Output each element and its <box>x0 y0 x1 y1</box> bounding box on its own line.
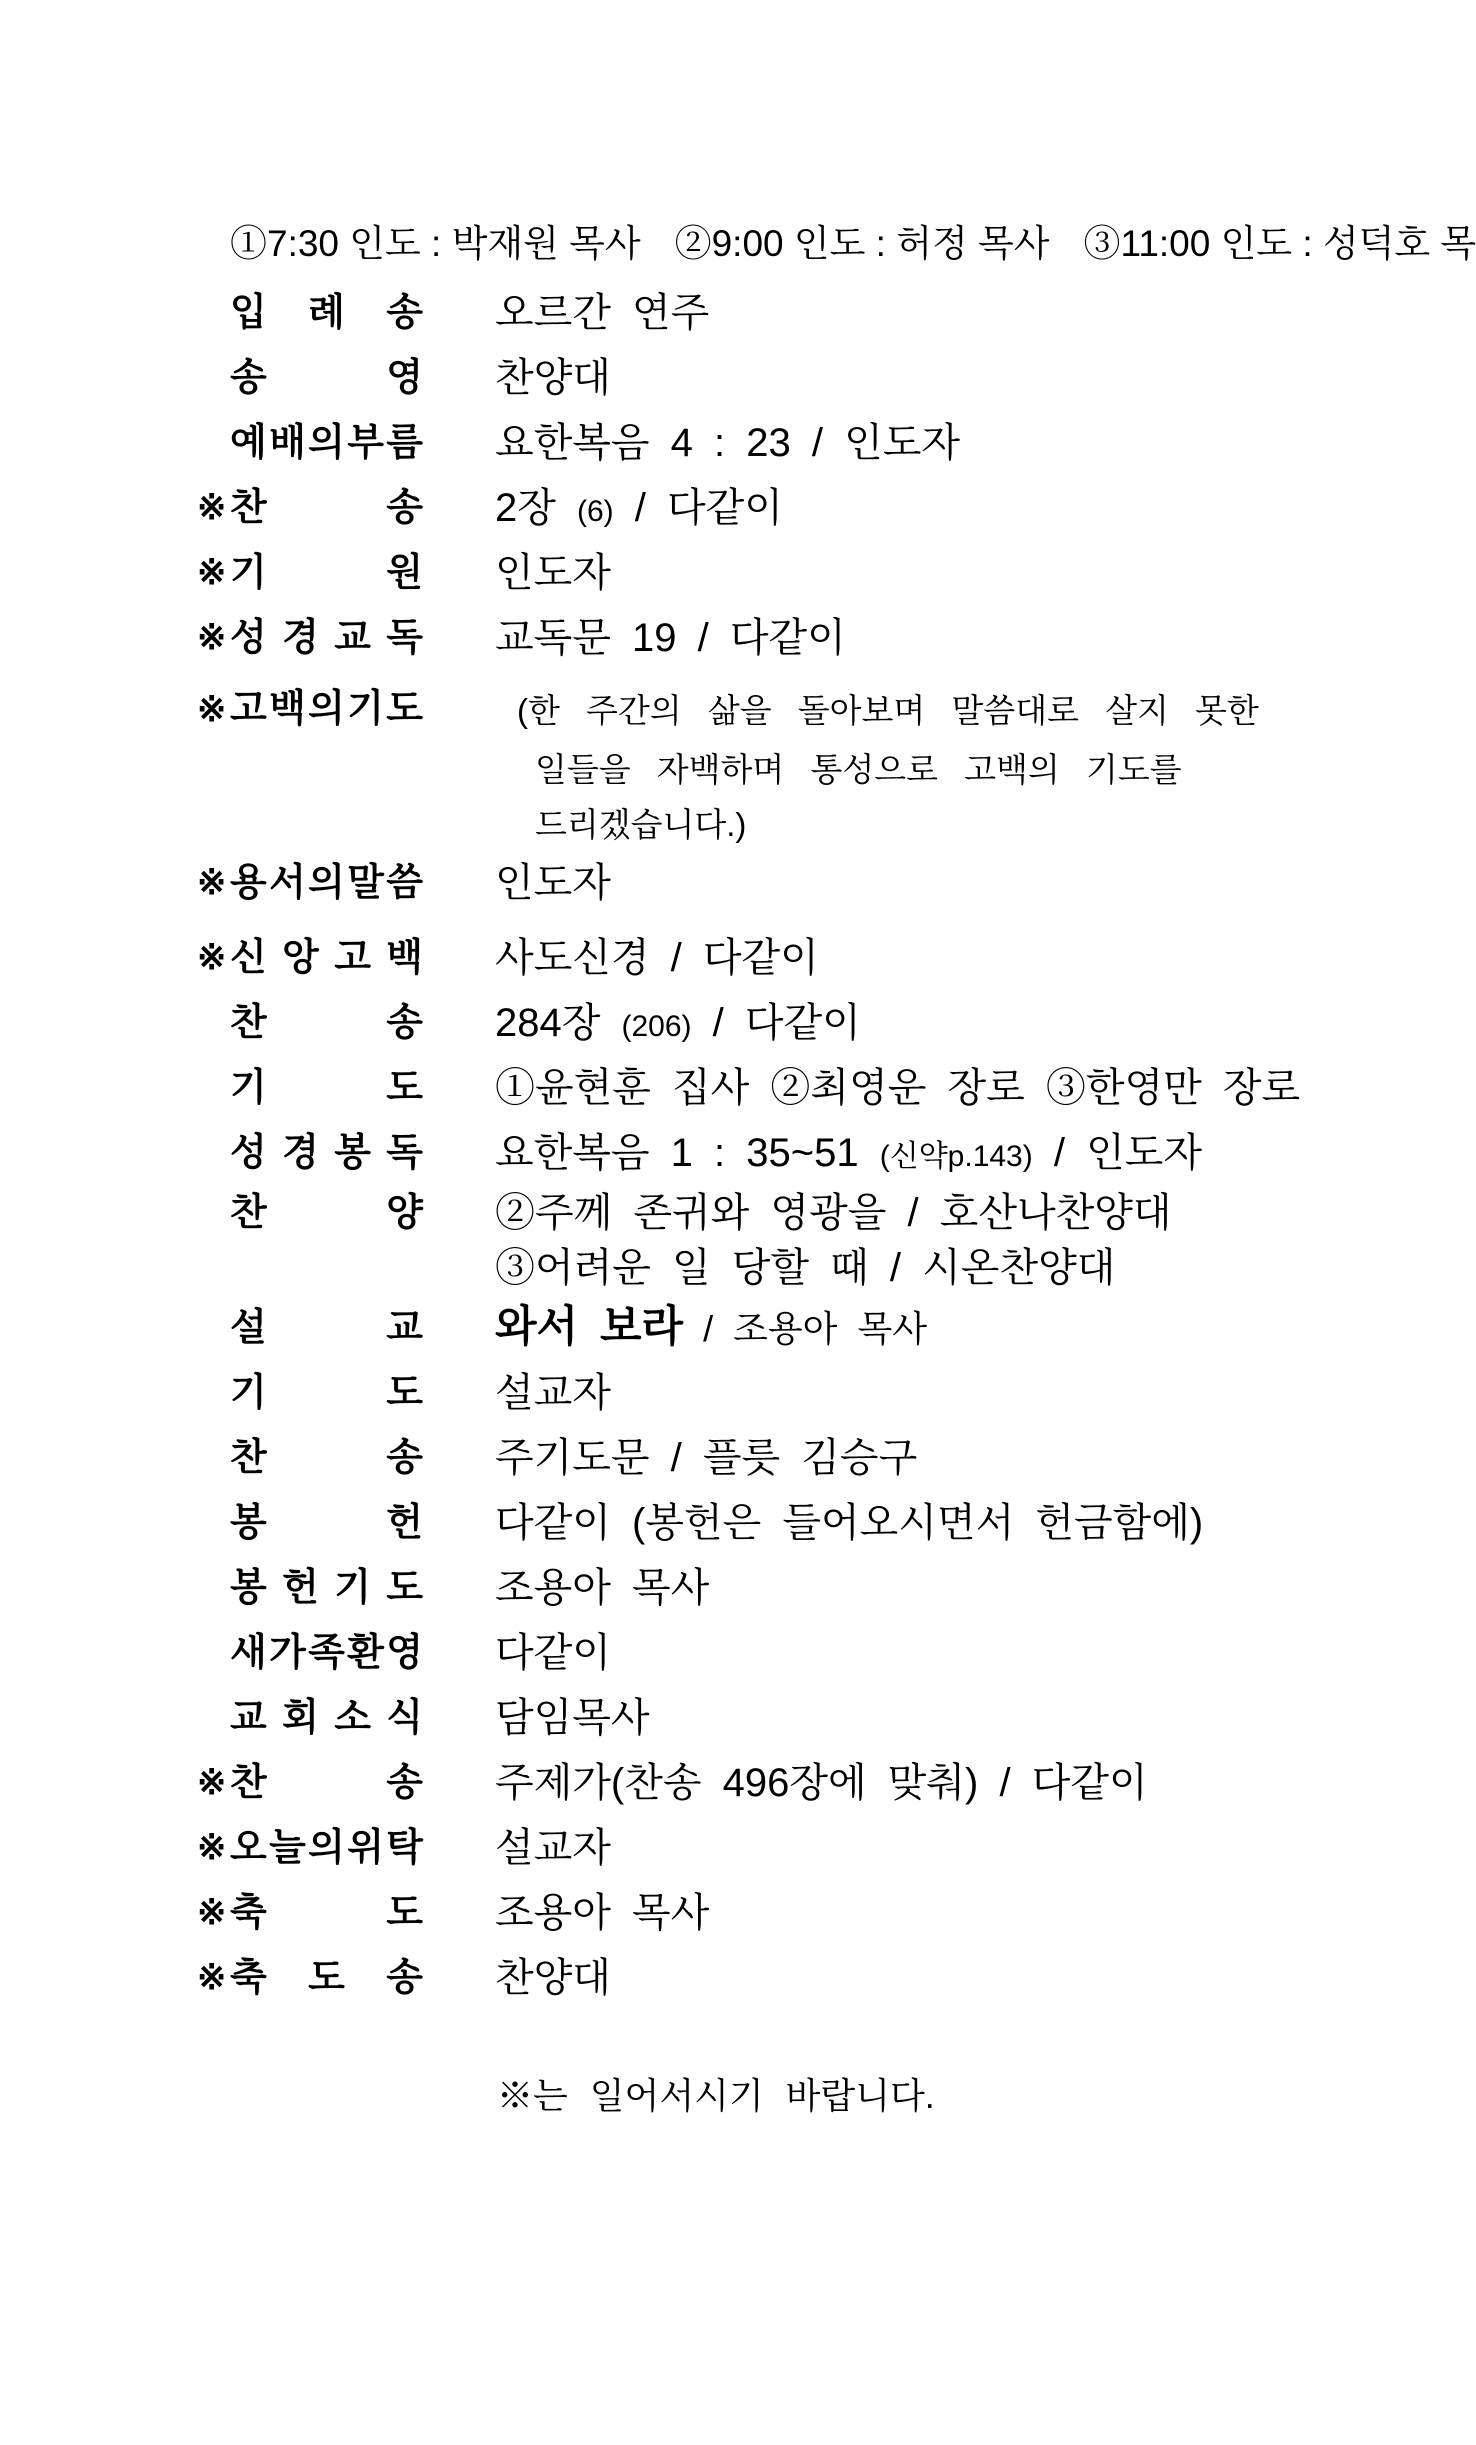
order-item-label: 용서의말씀 <box>230 864 423 902</box>
order-item-label: 새가족환영 <box>230 1634 423 1672</box>
order-item-value: 다같이 (봉헌은 들어오시면서 헌금함에) <box>495 1502 1203 1544</box>
order-row: ③어려운 일 당할 때 / 시온찬양대 <box>197 1240 1476 1295</box>
value-segment: 주제가(찬송 496장에 맞춰) / 다같이 <box>495 1761 1148 1805</box>
value-segment: 요한복음 4 : 23 / 인도자 <box>495 421 960 465</box>
value-segment: (한 주간의 삶을 돌아보며 말씀대로 살지 못한 <box>517 692 1259 729</box>
value-segment: 다같이 (봉헌은 들어오시면서 헌금함에) <box>495 1501 1203 1545</box>
order-row: ※ 기원 인도자 <box>197 540 1476 605</box>
value-segment: 찬양대 <box>495 1956 611 2000</box>
order-item-value: 2장 (6) / 다같이 <box>495 487 783 529</box>
order-item-value: 요한복음 4 : 23 / 인도자 <box>495 422 960 464</box>
order-item-value: 오르간 연주 <box>495 292 709 334</box>
order-item-label: 축도송 <box>230 1959 423 1997</box>
order-item-value: 드리겠습니다.) <box>535 802 746 844</box>
order-item-value: 찬양대 <box>495 1957 611 1999</box>
order-item-value: 담임목사 <box>495 1697 650 1739</box>
order-item-value: 설교자 <box>495 1372 611 1414</box>
value-segment: 일들을 자백하며 통성으로 고백의 기도를 <box>535 751 1182 788</box>
value-segment: 사도신경 / 다같이 <box>495 936 819 980</box>
value-segment: ①윤현훈 집사 ②최영운 장로 ③한영만 장로 <box>495 1066 1300 1110</box>
value-segment: 설교자 <box>495 1371 611 1415</box>
order-item-label: 찬송 <box>230 1439 423 1477</box>
order-item-label: 찬송 <box>230 1004 423 1042</box>
standing-marker: ※ <box>197 620 230 655</box>
order-item-label: 기원 <box>230 554 423 592</box>
order-row: 설교 와서 보라 / 조용아 목사 <box>197 1295 1476 1360</box>
service-leader-1: ①7:30 인도 : 박재원 목사 <box>230 213 641 267</box>
standing-footnote: ※는 일어서시기 바랍니다. <box>497 2060 1476 2126</box>
order-row: 찬송 284장 (206) / 다같이 <box>197 990 1476 1055</box>
value-segment: (206) <box>622 1010 692 1043</box>
value-segment: / 다같이 <box>692 1001 861 1045</box>
order-item-value: 주기도문 / 플릇 김승구 <box>495 1437 917 1479</box>
standing-marker: ※ <box>197 865 230 900</box>
value-segment: / 인도자 <box>1033 1131 1202 1175</box>
order-row: ※ 찬송 주제가(찬송 496장에 맞춰) / 다같이 <box>197 1750 1476 1815</box>
order-item-value: 일들을 자백하며 통성으로 고백의 기도를 <box>535 747 1182 789</box>
order-item-value: 조용아 목사 <box>495 1567 709 1609</box>
order-item-value: 요한복음 1 : 35~51 (신약p.143) / 인도자 <box>495 1132 1202 1174</box>
order-item-value: 인도자 <box>495 552 611 594</box>
order-item-label: 고백의기도 <box>230 690 423 728</box>
order-of-worship: 입례송 오르간 연주 송영 찬양대 예배의부름 요한복음 4 : 23 / 인도… <box>0 280 1476 2010</box>
order-item-label: 기도 <box>230 1069 423 1107</box>
value-segment: 요한복음 1 : 35~51 <box>495 1131 880 1175</box>
value-segment: 주기도문 / 플릇 김승구 <box>495 1436 917 1480</box>
order-item-value: 찬양대 <box>495 357 611 399</box>
order-row: 새가족환영 다같이 <box>197 1620 1476 1685</box>
order-item-label: 설교 <box>230 1309 423 1347</box>
value-segment: 찬양대 <box>495 356 611 400</box>
order-item-value: ③어려운 일 당할 때 / 시온찬양대 <box>495 1247 1115 1289</box>
order-item-value: 인도자 <box>495 862 611 904</box>
order-item-label: 송영 <box>230 359 423 397</box>
service-leaders-header: ①7:30 인도 : 박재원 목사 ②9:00 인도 : 허정 목사 ③11:0… <box>230 0 1476 268</box>
value-segment: 조용아 목사 <box>495 1566 709 1610</box>
service-leader-3: ③11:00 인도 : 성덕호 목사 <box>1083 213 1476 267</box>
order-item-value: 조용아 목사 <box>495 1892 709 1934</box>
value-segment: ②주께 존귀와 영광을 / 호산나찬양대 <box>495 1191 1172 1235</box>
order-item-label: 성경봉독 <box>230 1134 423 1172</box>
value-segment: 2장 <box>495 486 577 530</box>
order-row: ※ 축도송 찬양대 <box>197 1945 1476 2010</box>
order-row: ※ 축도 조용아 목사 <box>197 1880 1476 1945</box>
order-item-label: 찬송 <box>230 1764 423 1802</box>
order-row: 교회소식 담임목사 <box>197 1685 1476 1750</box>
service-leader-2: ②9:00 인도 : 허정 목사 <box>675 213 1050 267</box>
order-row: 입례송 오르간 연주 <box>197 280 1476 345</box>
order-item-value: 사도신경 / 다같이 <box>495 937 819 979</box>
order-row: 봉헌 다같이 (봉헌은 들어오시면서 헌금함에) <box>197 1490 1476 1555</box>
order-item-value: 와서 보라 / 조용아 목사 <box>495 1305 927 1350</box>
value-segment: / <box>683 1308 733 1349</box>
order-row: ※ 용서의말씀 인도자 <box>197 850 1476 915</box>
value-segment: 오르간 연주 <box>495 291 709 335</box>
value-segment: 설교자 <box>495 1826 611 1870</box>
order-row: 성경봉독 요한복음 1 : 35~51 (신약p.143) / 인도자 <box>197 1120 1476 1185</box>
order-item-label: 찬송 <box>230 489 423 527</box>
value-segment: 다같이 <box>495 1631 611 1675</box>
bulletin-page: ①7:30 인도 : 박재원 목사 ②9:00 인도 : 허정 목사 ③11:0… <box>0 0 1476 2445</box>
value-segment: 인도자 <box>495 861 611 905</box>
order-item-label: 교회소식 <box>230 1699 423 1737</box>
order-row: ※ 고백의기도 (한 주간의 삶을 돌아보며 말씀대로 살지 못한 <box>197 678 1476 740</box>
order-item-label: 입례송 <box>230 294 423 332</box>
standing-marker: ※ <box>197 1895 230 1930</box>
value-segment: 교독문 19 / 다같이 <box>495 616 846 660</box>
order-item-label: 성경교독 <box>230 619 423 657</box>
value-segment: 284장 <box>495 1001 622 1045</box>
value-segment: 조용아 목사 <box>733 1308 927 1349</box>
order-item-value: (한 주간의 삶을 돌아보며 말씀대로 살지 못한 <box>517 688 1259 730</box>
value-segment: (6) <box>577 495 614 528</box>
order-item-label: 예배의부름 <box>230 424 423 462</box>
value-segment: / 다같이 <box>614 486 783 530</box>
order-row: ※ 오늘의위탁 설교자 <box>197 1815 1476 1880</box>
standing-marker: ※ <box>197 940 230 975</box>
standing-marker: ※ <box>197 490 230 525</box>
value-segment: 담임목사 <box>495 1696 650 1740</box>
order-row: 봉헌기도 조용아 목사 <box>197 1555 1476 1620</box>
order-item-value: ②주께 존귀와 영광을 / 호산나찬양대 <box>495 1192 1172 1234</box>
order-row: 예배의부름 요한복음 4 : 23 / 인도자 <box>197 410 1476 475</box>
order-row: 기도 ①윤현훈 집사 ②최영운 장로 ③한영만 장로 <box>197 1055 1476 1120</box>
order-item-label: 축도 <box>230 1894 423 1932</box>
order-item-value: 다같이 <box>495 1632 611 1674</box>
order-row: 기도 설교자 <box>197 1360 1476 1425</box>
standing-marker: ※ <box>197 1765 230 1800</box>
value-segment: 인도자 <box>495 551 611 595</box>
order-row: 찬송 주기도문 / 플릇 김승구 <box>197 1425 1476 1490</box>
order-row: ※ 성경교독 교독문 19 / 다같이 <box>197 605 1476 670</box>
order-row: ※ 신앙고백 사도신경 / 다같이 <box>197 925 1476 990</box>
value-segment: 드리겠습니다.) <box>535 806 746 843</box>
value-segment: 와서 보라 <box>495 1303 683 1351</box>
standing-marker: ※ <box>197 1830 230 1865</box>
order-item-value: 284장 (206) / 다같이 <box>495 1002 861 1044</box>
value-segment: (신약p.143) <box>880 1140 1033 1173</box>
standing-marker: ※ <box>197 692 230 727</box>
order-item-label: 오늘의위탁 <box>230 1829 423 1867</box>
order-item-label: 봉헌기도 <box>230 1569 423 1607</box>
value-segment: 조용아 목사 <box>495 1891 709 1935</box>
order-item-value: 주제가(찬송 496장에 맞춰) / 다같이 <box>495 1762 1148 1804</box>
order-row: 찬양 ②주께 존귀와 영광을 / 호산나찬양대 <box>197 1185 1476 1240</box>
order-row: 일들을 자백하며 통성으로 고백의 기도를 <box>197 740 1476 795</box>
order-item-label: 신앙고백 <box>230 939 423 977</box>
order-item-value: ①윤현훈 집사 ②최영운 장로 ③한영만 장로 <box>495 1067 1300 1109</box>
order-item-value: 설교자 <box>495 1827 611 1869</box>
standing-marker: ※ <box>197 1960 230 1995</box>
order-item-label: 찬양 <box>230 1194 423 1232</box>
order-row: 송영 찬양대 <box>197 345 1476 410</box>
order-item-value: 교독문 19 / 다같이 <box>495 617 846 659</box>
order-item-label: 기도 <box>230 1374 423 1412</box>
order-row: 드리겠습니다.) <box>197 795 1476 850</box>
value-segment: ③어려운 일 당할 때 / 시온찬양대 <box>495 1246 1115 1290</box>
order-row: ※ 찬송 2장 (6) / 다같이 <box>197 475 1476 540</box>
order-item-label: 봉헌 <box>230 1504 423 1542</box>
standing-marker: ※ <box>197 555 230 590</box>
